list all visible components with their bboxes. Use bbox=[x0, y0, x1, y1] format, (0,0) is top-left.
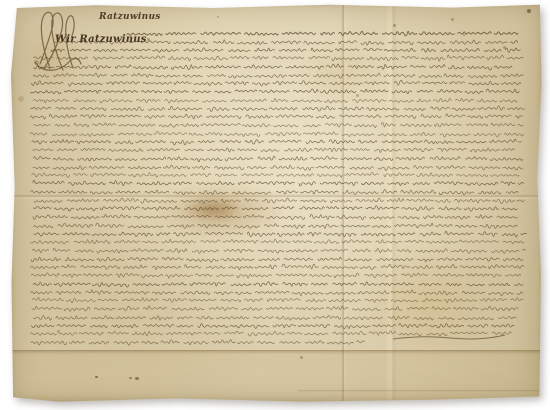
plica-fold bbox=[11, 350, 542, 402]
photo-background: Ratzuwinus Wir Ratzuwinus bbox=[0, 0, 550, 410]
plica-crease-line bbox=[298, 390, 542, 392]
handwritten-text-lines bbox=[11, 4, 542, 402]
parchment-document: Ratzuwinus Wir Ratzuwinus bbox=[11, 4, 542, 402]
ink-dot bbox=[129, 377, 132, 379]
parchment-shadow-wrap: Ratzuwinus Wir Ratzuwinus bbox=[0, 0, 550, 410]
ink-dot bbox=[135, 377, 139, 380]
closing-flourish-stroke bbox=[393, 335, 505, 339]
ink-dot bbox=[95, 376, 98, 378]
